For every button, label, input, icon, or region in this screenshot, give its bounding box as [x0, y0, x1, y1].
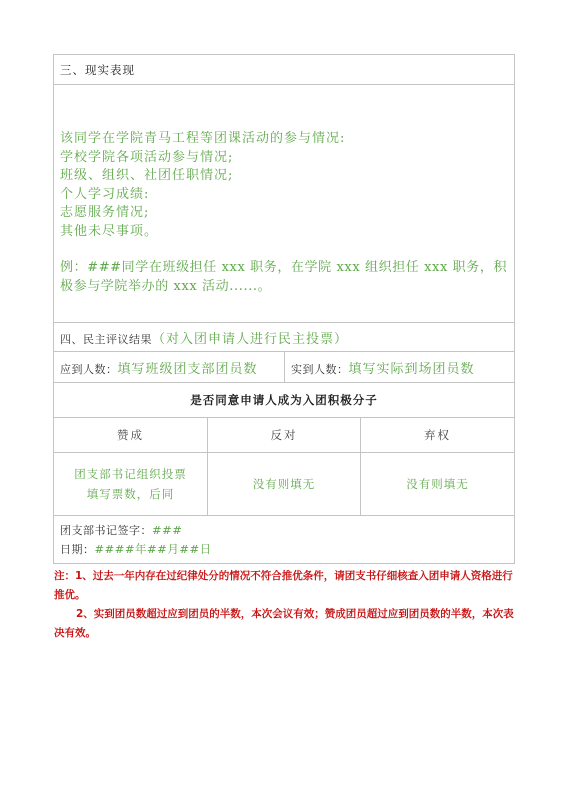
vote-table: 赞成 反对 弃权 团支部书记组织投票 填写票数，后同 没有则填无 没有则填无 团… — [53, 417, 515, 564]
agree-question: 是否同意申请人成为入团积极分子 — [54, 383, 515, 418]
signature-value: ### — [152, 523, 182, 537]
notes-block: 注：1、过去一年内存在过纪律处分的情况不符合推优条件，请团支书仔细核查入团申请人… — [54, 567, 516, 643]
example-text: 例：###同学在班级担任 xxx 职务，在学院 xxx 组织担任 xxx 职务，… — [60, 259, 508, 296]
content-line: 学校学院各项活动参与情况; — [60, 149, 508, 168]
date-label: 日期： — [60, 543, 95, 556]
vote-approve-line1: 团支部书记组织投票 — [60, 464, 201, 484]
content-line: 该同学在学院青马工程等团课活动的参与情况: — [60, 130, 508, 149]
vote-oppose-cell[interactable]: 没有则填无 — [208, 453, 361, 516]
section4-title: 四、民主评议结果 — [60, 333, 152, 346]
vote-abstain-cell[interactable]: 没有则填无 — [361, 453, 515, 516]
vote-header-approve: 赞成 — [54, 418, 208, 453]
note-2: 2、实到团员数超过应到团员的半数，本次会议有效；赞成团员超过应到团员数的半数，本… — [54, 605, 516, 643]
note-1: 注：1、过去一年内存在过纪律处分的情况不符合推优条件，请团支书仔细核查入团申请人… — [54, 567, 516, 605]
actual-count-cell[interactable]: 实到人数：填写实际到场团员数 — [285, 352, 515, 383]
section4-title-note: （对入团申请人进行民主投票） — [152, 332, 348, 347]
expected-count-value: 填写班级团支部团员数 — [118, 362, 258, 377]
content-line: 班级、组织、社团任职情况; — [60, 167, 508, 186]
signature-label: 团支部书记签字： — [60, 524, 152, 537]
actual-count-value: 填写实际到场团员数 — [349, 362, 475, 377]
vote-approve-cell[interactable]: 团支部书记组织投票 填写票数，后同 — [54, 453, 208, 516]
content-line: 其他未尽事项。 — [60, 223, 508, 242]
expected-count-cell[interactable]: 应到人数：填写班级团支部团员数 — [54, 352, 285, 383]
section4-title-cell: 四、民主评议结果（对入团申请人进行民主投票） — [54, 323, 515, 352]
expected-count-label: 应到人数： — [60, 363, 118, 376]
content-line: 个人学习成绩: — [60, 186, 508, 205]
vote-header-oppose: 反对 — [208, 418, 361, 453]
section3-title: 三、现实表现 — [54, 55, 515, 85]
evaluation-form-table: 三、现实表现 该同学在学院青马工程等团课活动的参与情况: 学校学院各项活动参与情… — [53, 54, 515, 418]
content-line: 志愿服务情况; — [60, 204, 508, 223]
date-value: ####年##月##日 — [95, 542, 212, 556]
actual-count-label: 实到人数： — [291, 363, 349, 376]
signature-cell[interactable]: 团支部书记签字：### 日期：####年##月##日 — [54, 516, 515, 564]
vote-header-abstain: 弃权 — [361, 418, 515, 453]
section3-content[interactable]: 该同学在学院青马工程等团课活动的参与情况: 学校学院各项活动参与情况; 班级、组… — [54, 85, 515, 323]
vote-approve-line2: 填写票数，后同 — [60, 484, 201, 504]
